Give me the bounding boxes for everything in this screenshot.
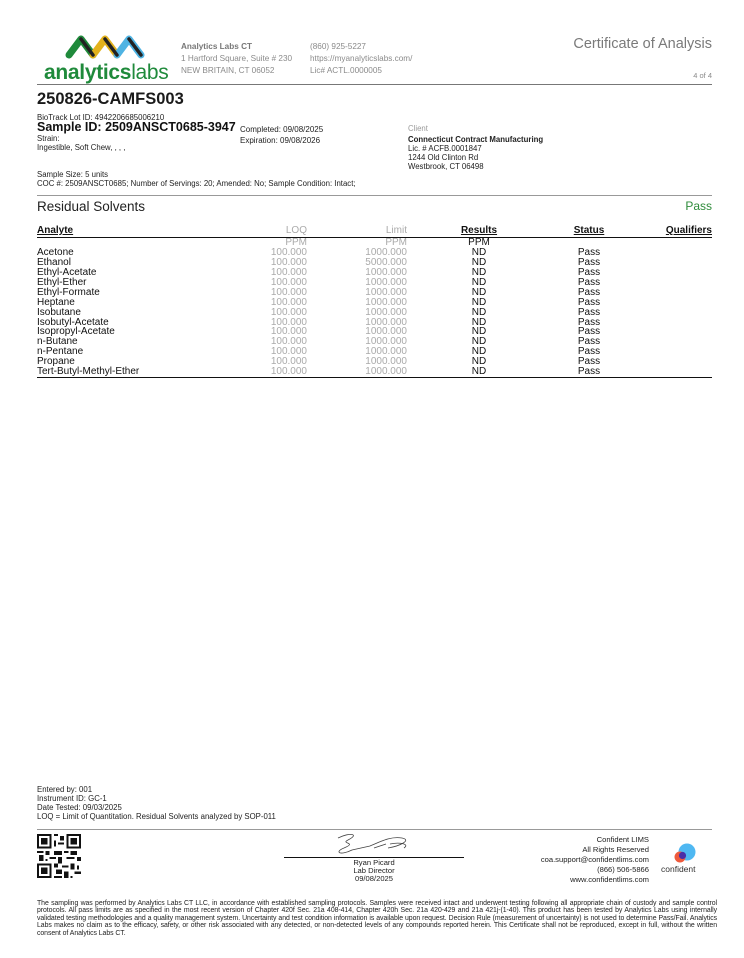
signature-image	[330, 832, 430, 856]
limit-value: 1000.000	[365, 367, 407, 377]
lims-name: Confident LIMS	[541, 835, 649, 845]
col-results: Results	[449, 226, 509, 236]
section-divider	[37, 195, 712, 196]
lab-contact: (860) 925-5227 https://myanalyticslabs.c…	[310, 41, 412, 77]
lab-phone: (860) 925-5227	[310, 41, 412, 53]
completed-date: Completed: 09/08/2025	[240, 124, 323, 135]
lims-rights: All Rights Reserved	[541, 845, 649, 855]
lab-url-link[interactable]: https://myanalyticslabs.com/	[310, 53, 412, 65]
zigzag-logo-icon	[64, 33, 184, 63]
page-number: 4 of 4	[693, 71, 712, 80]
client-label: Client	[408, 124, 543, 133]
sample-id: Sample ID: 2509ANSCT0685-3947	[37, 120, 236, 134]
loq-note: LOQ = Limit of Quantitation. Residual So…	[37, 812, 276, 821]
lab-address-line2: NEW BRITAIN, CT 06052	[181, 65, 292, 77]
col-loq: LOQ	[286, 226, 307, 236]
coc-info: COC #: 2509ANSCT0685; Number of Servings…	[37, 179, 356, 188]
client-info: Client Connecticut Contract Manufacturin…	[408, 124, 543, 171]
sample-size: Sample Size: 5 units	[37, 170, 108, 179]
strain: Strain:	[37, 134, 60, 143]
client-license: Lic. # ACFB.0001847	[408, 144, 543, 153]
dates: Completed: 09/08/2025 Expiration: 09/08/…	[240, 124, 323, 146]
document-title: Certificate of Analysis	[573, 36, 712, 52]
header-divider	[37, 84, 712, 85]
test-notes: Entered by: 001 Instrument ID: GC-1 Date…	[37, 785, 276, 821]
section-title: Residual Solvents	[37, 199, 145, 214]
legal-disclaimer: The sampling was performed by Analytics …	[37, 900, 717, 937]
section-status-badge: Pass	[685, 199, 712, 213]
client-name: Connecticut Contract Manufacturing	[408, 135, 543, 144]
signature-date: 09/08/2025	[284, 875, 464, 883]
lims-info: Confident LIMS All Rights Reserved coa.s…	[541, 835, 649, 885]
table-row: Isobutane100.0001000.000NDPass	[37, 308, 712, 318]
analyte-name: Tert-Butyl-Methyl-Ether	[37, 367, 139, 377]
loq-value: 100.000	[271, 367, 307, 377]
batch-id: 250826-CAMFS003	[37, 90, 184, 109]
lab-name: Analytics Labs CT	[181, 41, 292, 53]
lab-license: Lic# ACTL.0000005	[310, 65, 412, 77]
col-status: Status	[564, 226, 614, 236]
table-body: Acetone100.0001000.000NDPassEthanol100.0…	[37, 248, 712, 377]
col-analyte: Analyte	[37, 226, 73, 236]
table-header: Analyte LOQ Limit Results Status Qualifi…	[37, 226, 712, 238]
qr-code-icon[interactable]	[37, 834, 81, 878]
table-row: Tert-Butyl-Methyl-Ether100.0001000.000ND…	[37, 367, 712, 377]
status-value: Pass	[564, 367, 614, 377]
lab-address-line1: 1 Hartford Square, Suite # 230	[181, 53, 292, 65]
lims-email-link[interactable]: coa.support@confidentlims.com	[541, 855, 649, 865]
lims-phone: (866) 506-5866	[541, 865, 649, 875]
col-qualifiers: Qualifiers	[666, 226, 712, 236]
analytics-labs-logo: analyticslabs	[44, 33, 164, 83]
client-address-line2: Westbrook, CT 06498	[408, 162, 543, 171]
col-limit: Limit	[386, 226, 407, 236]
confident-logo: confident	[661, 842, 711, 876]
result-value: ND	[449, 367, 509, 377]
lims-url-link[interactable]: www.confidentlims.com	[541, 875, 649, 885]
residual-solvents-table: Analyte LOQ Limit Results Status Qualifi…	[37, 226, 712, 378]
expiration-date: Expiration: 09/08/2026	[240, 135, 323, 146]
entered-by: Entered by: 001	[37, 785, 276, 794]
table-end-rule	[37, 377, 712, 378]
instrument-id: Instrument ID: GC-1	[37, 794, 276, 803]
lab-info: Analytics Labs CT 1 Hartford Square, Sui…	[181, 41, 292, 77]
signatory: Ryan Picard Lab Director 09/08/2025	[284, 859, 464, 883]
confident-circles-icon	[669, 842, 699, 866]
product-form: Ingestible, Soft Chew, , , ,	[37, 143, 125, 152]
confident-wordmark: confident	[661, 864, 696, 874]
footer-divider	[37, 829, 712, 830]
client-address-line1: 1244 Old Clinton Rd	[408, 153, 543, 162]
logo-wordmark: analyticslabs	[44, 61, 169, 85]
date-tested: Date Tested: 09/03/2025	[37, 803, 276, 812]
